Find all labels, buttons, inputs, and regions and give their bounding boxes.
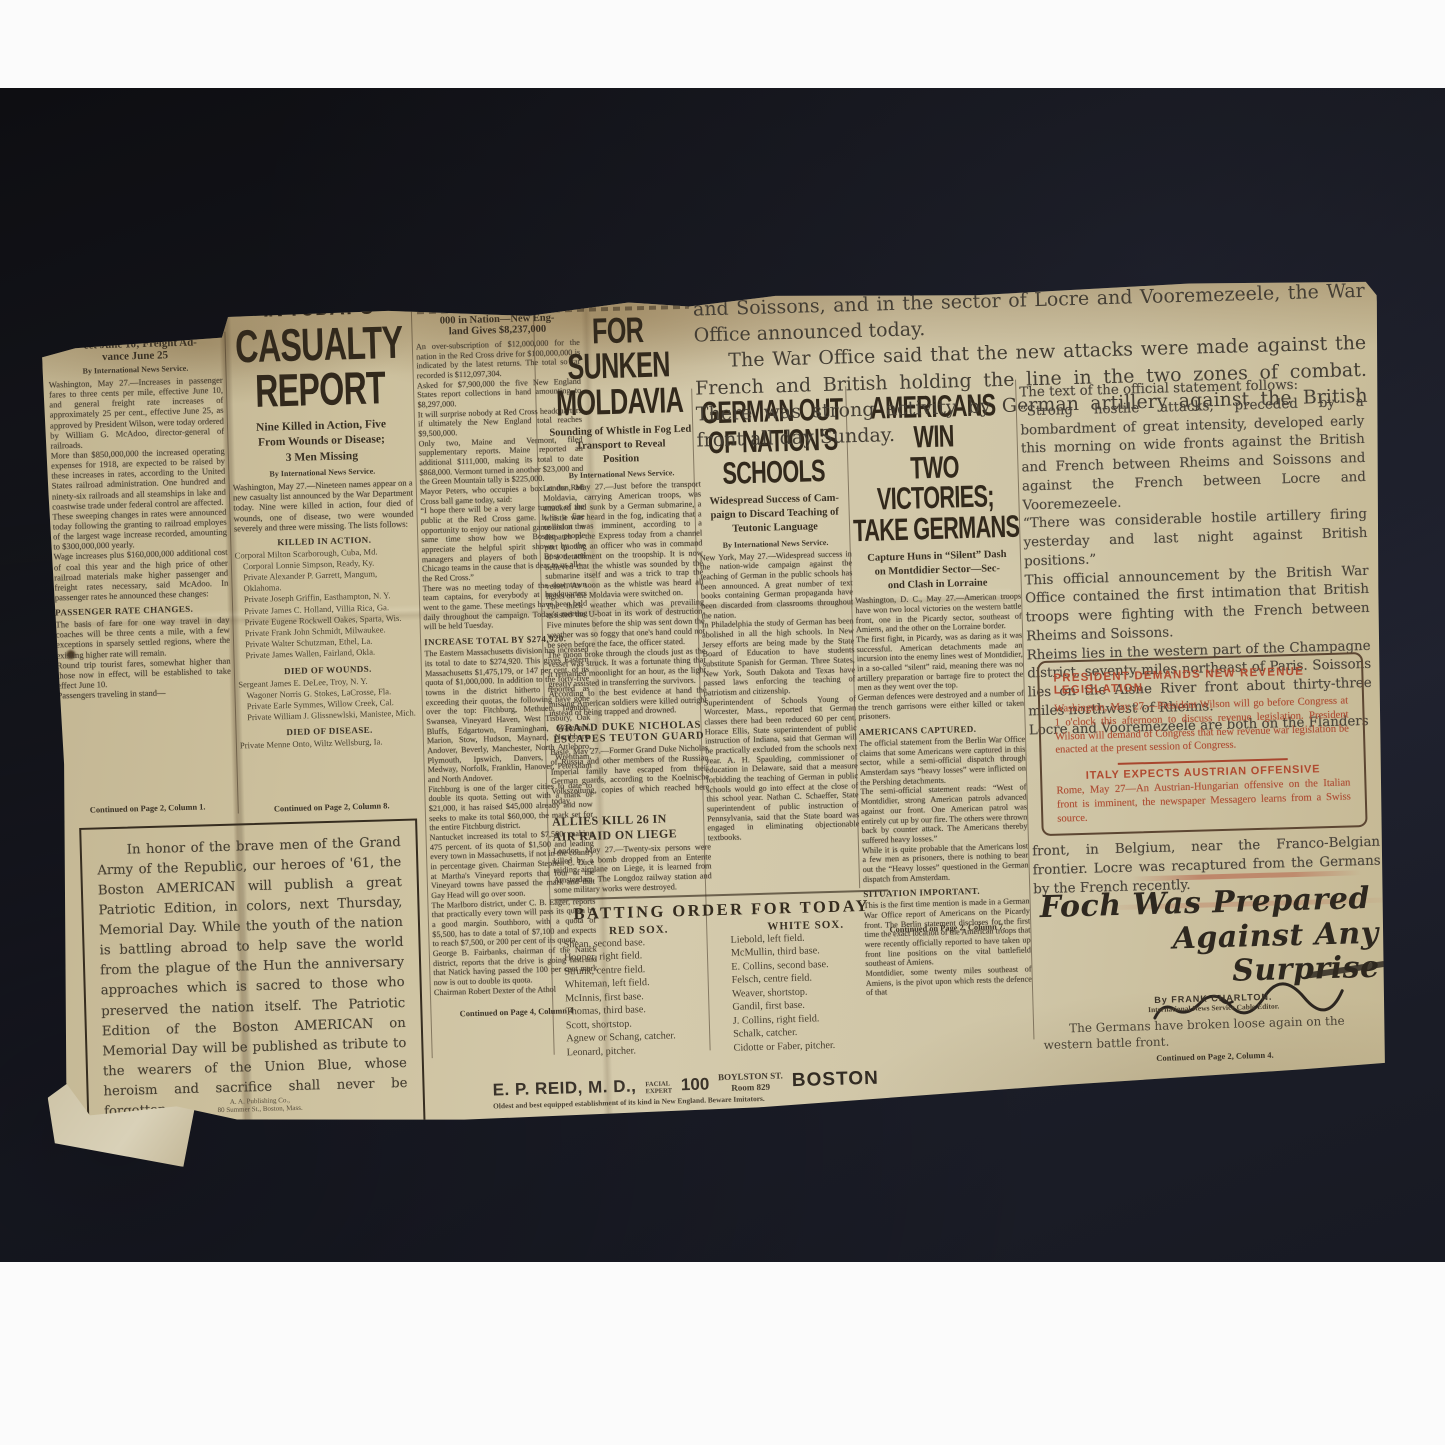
byline: By International News Service. <box>542 468 700 481</box>
article-body: New York, May 27.—Widespread success in … <box>700 549 860 843</box>
subhead-grand-duke: GRAND DUKE NICHOLAS ESCAPES TEUTON GUARD <box>549 719 708 745</box>
foch-article: Foch Was Prepared Against Any Surprise B… <box>1039 882 1386 1066</box>
article-body: The official statement from the Berlin W… <box>859 735 1029 885</box>
newspaper-photo: —ect June 10; Freight Ad- vance June 25 … <box>0 88 1445 1262</box>
deck: Nine Killed in Action, Five From Wounds … <box>231 416 412 468</box>
deck: Widespread Success of Cam- paign to Disc… <box>698 491 851 538</box>
article-head-fragment: —ect June 10; Freight Ad- vance June 25 <box>48 336 223 365</box>
column-passenger-fares: —ect June 10; Freight Ad- vance June 25 … <box>48 336 235 823</box>
ad-street: BOYLSTON ST. Room 829 <box>718 1071 783 1094</box>
casualty-list-killed: Corporal Milton Scarborough, Cuba, Md. C… <box>234 545 417 662</box>
listing-page: —ect June 10; Freight Ad- vance June 25 … <box>0 0 1445 1445</box>
article-body: Washington, May 27.—Increases in passeng… <box>49 375 229 603</box>
subhead-allies-kill-26: ALLIES KILL 26 IN AIR RAID ON LIEGE <box>552 810 711 844</box>
column-casualty-report: IN TODAY'S CASUALTY REPORT Nine Killed i… <box>228 305 422 806</box>
foch-headline-line2: Against Any Surprise <box>1040 916 1384 995</box>
article-lead: Washington, May 27.—Nineteen names appea… <box>233 478 414 534</box>
column-moldavia: FOR SUNKEN MOLDAVIA Sounding of Whistle … <box>538 303 712 897</box>
article-body: This is the first time mention is made i… <box>864 897 1033 998</box>
batting-order-box: BATTING ORDER FOR TODAY RED SOX. Shean, … <box>554 889 892 1059</box>
deck: Sounding of Whistle in Fog Led Transport… <box>541 422 700 469</box>
red-sox-list: Shean, second base. Hooper, right field.… <box>555 934 725 1060</box>
ad-city: BOSTON <box>792 1068 880 1092</box>
article-body: London, May 27.—Just before the transpor… <box>543 480 707 719</box>
bulletin-head-revenue: PRESIDENT DEMANDS NEW REVENUE LEGISLATIO… <box>1053 664 1348 696</box>
bulletin-body-italy: Rome, May 27—An Austrian-Hungarian offen… <box>1056 776 1351 825</box>
article-body: Basle, May 27.—Former Grand Duke Nichola… <box>550 743 710 806</box>
ad-street-number: 100 <box>681 1074 710 1095</box>
foch-lead: The Germans have broken loose again on t… <box>1043 1011 1386 1053</box>
reid-advertisement: E. P. REID, M. D., FACIAL EXPERT 100 BOY… <box>492 1053 1393 1110</box>
byline: By International News Service. <box>699 537 851 550</box>
casualty-list-wounds: Sergeant James E. DeLee, Troy, N. Y. Wag… <box>238 674 419 724</box>
red-sox-lineup: RED SOX. Shean, second base. Hooper, rig… <box>555 922 726 1060</box>
article-body: The basis of fare for one way travel in … <box>55 615 231 701</box>
bulletin-body-revenue: Washington, May 27.—President Wilson wil… <box>1054 694 1349 757</box>
newspaper-front-page: —ect June 10; Freight Ad- vance June 25 … <box>41 278 1399 1133</box>
article-body: London, May 27.—Twenty-six persons were … <box>553 842 712 895</box>
headline-for-sunken-moldavia: FOR SUNKEN MOLDAVIA <box>538 311 699 421</box>
column-german-schools: GERMAN OUT OF NATION'S SCHOOLS Widesprea… <box>695 394 861 892</box>
patriotic-edition-notice: In honor of the brave men of the Grand A… <box>79 819 425 1133</box>
casualty-list-disease: Private Menne Onto, Wiltz Wellsburg, Ia. <box>240 736 420 752</box>
deck: Capture Huns in “Silent” Dash on Montdid… <box>854 547 1021 594</box>
article-body: Washington, D. C., May 27.—American troo… <box>855 592 1024 722</box>
headline-casualty-report: CASUALTY REPORT <box>228 320 410 415</box>
ad-facial-expert: FACIAL EXPERT <box>645 1080 672 1096</box>
ad-doctor-name: E. P. REID, M. D., <box>492 1076 636 1100</box>
red-bulletin-box: PRESIDENT DEMANDS NEW REVENUE LEGISLATIO… <box>1037 652 1368 836</box>
